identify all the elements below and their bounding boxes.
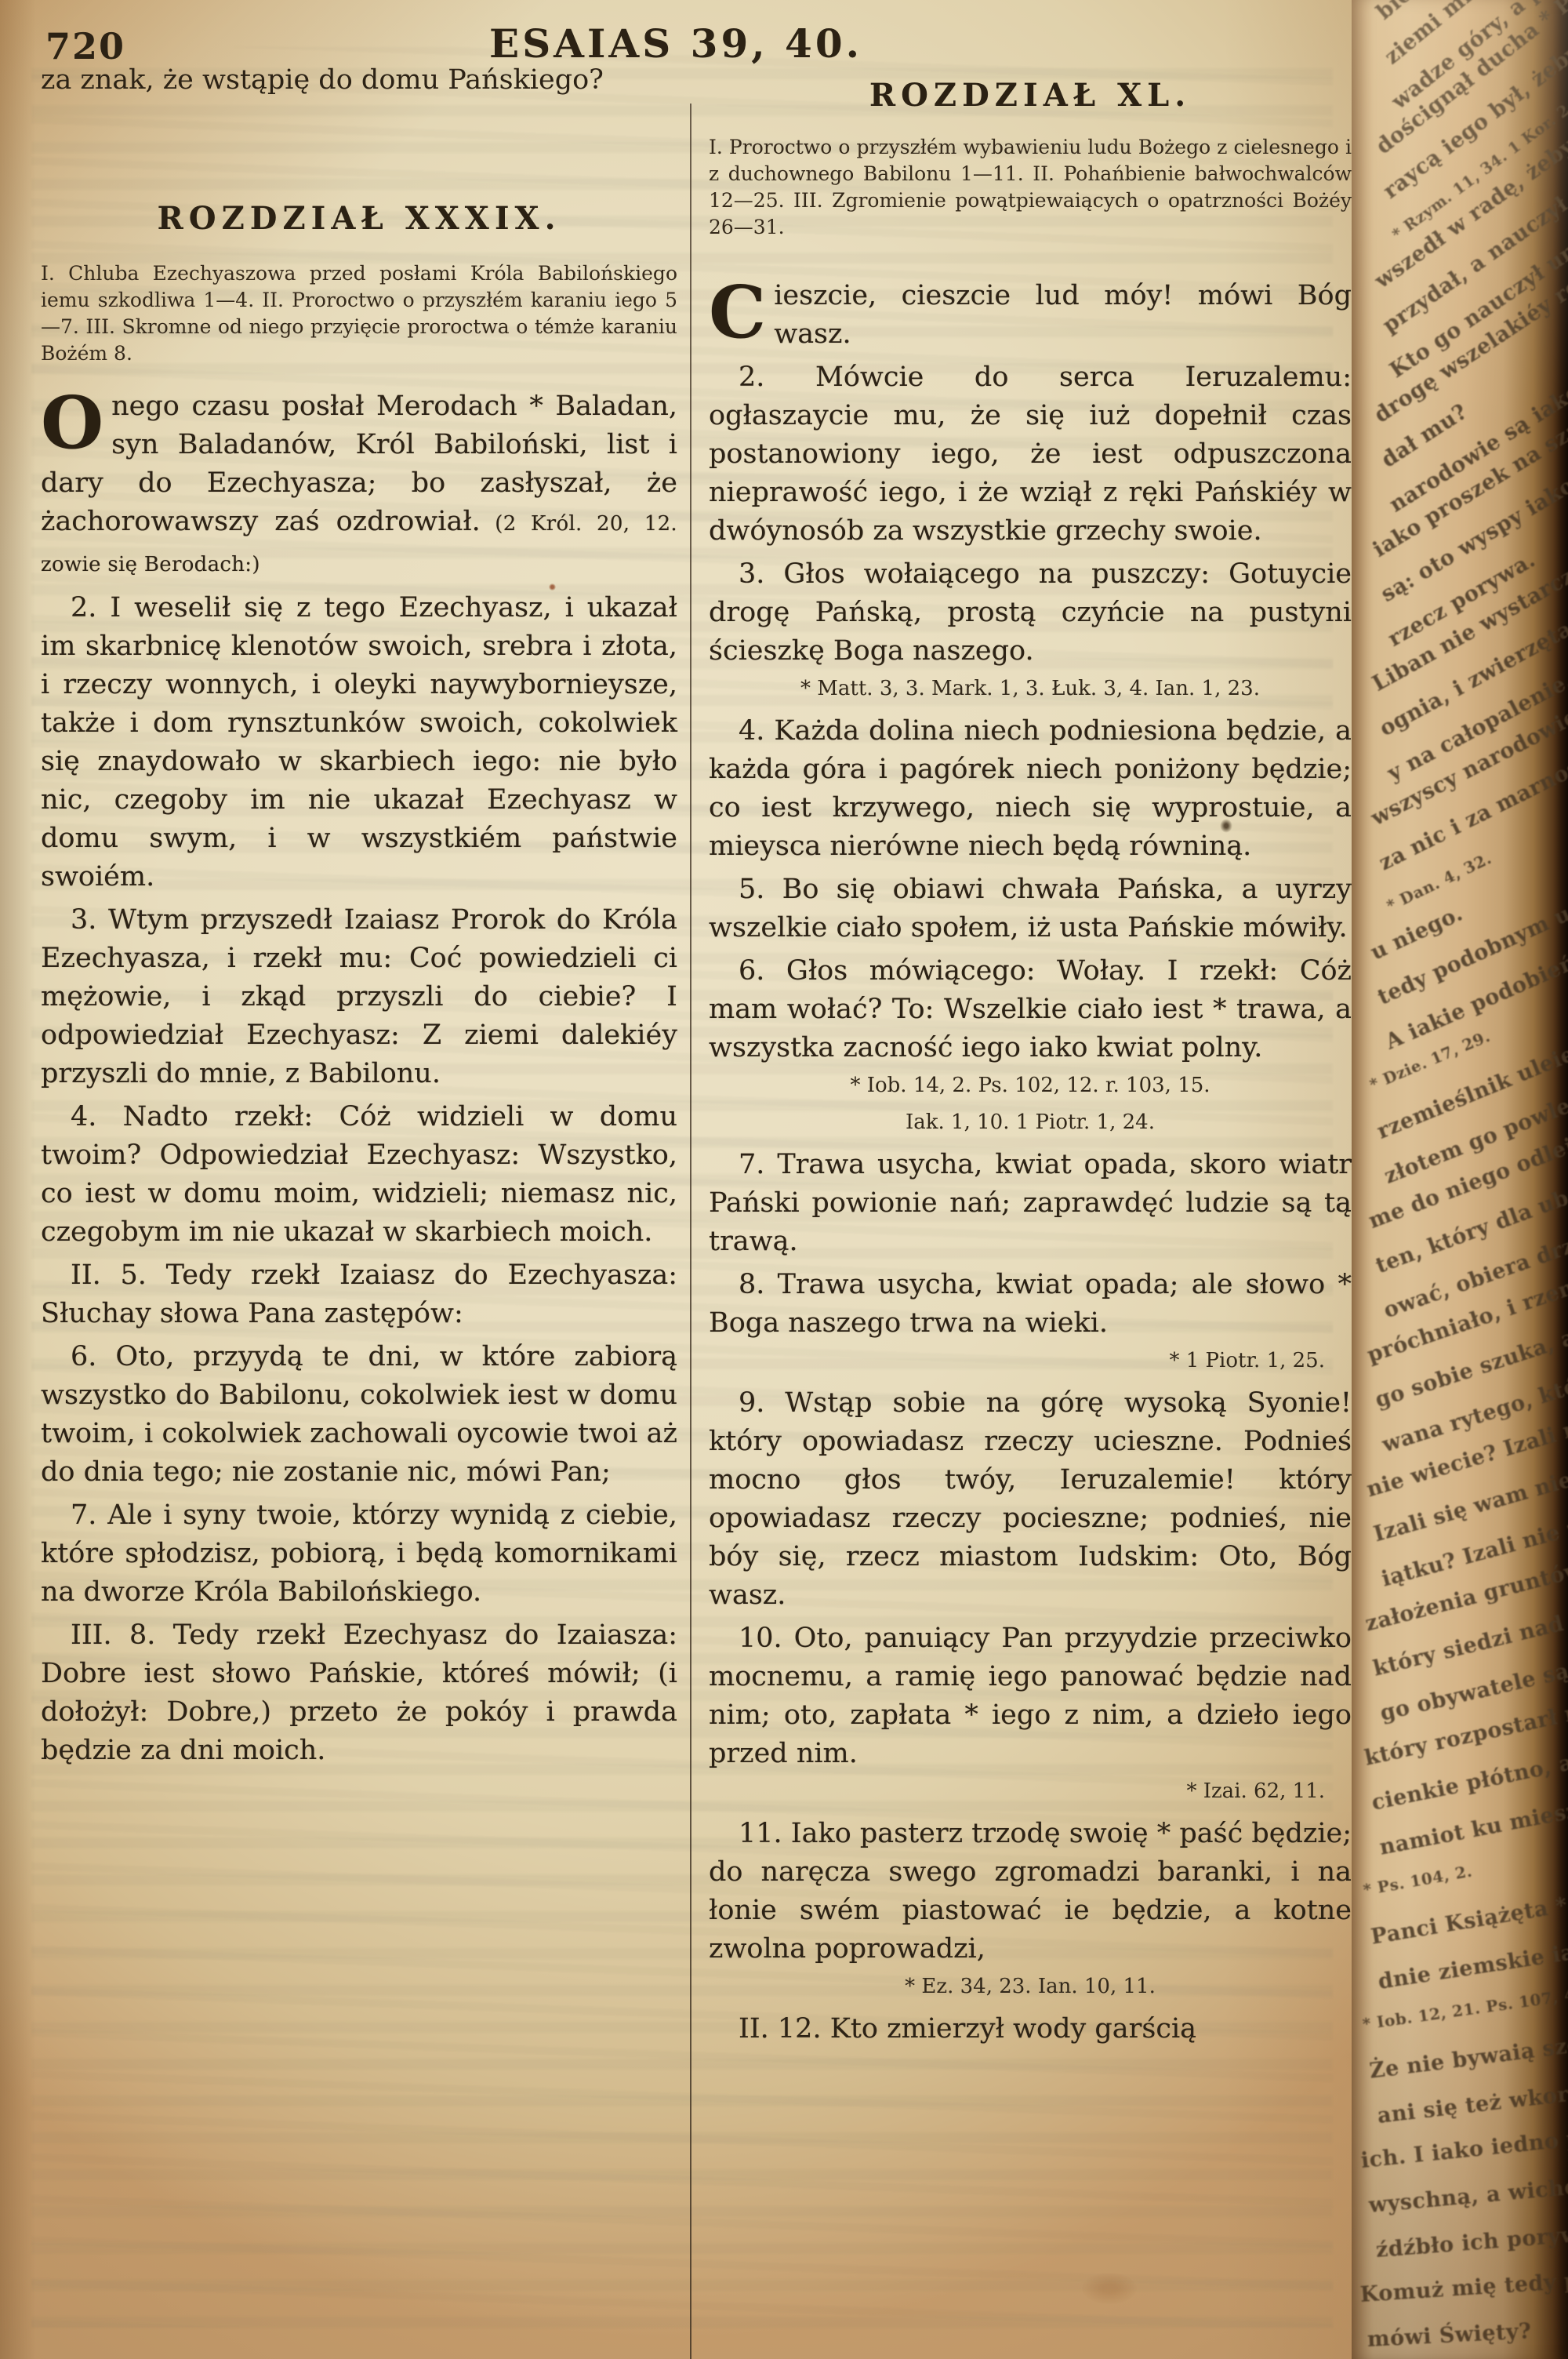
verse-paragraph: 8. Trawa usycha, kwiat opada; ale słowo … xyxy=(709,1266,1352,1343)
curl-fragment: są: oto wyspy iako nay- xyxy=(1377,442,1568,606)
curl-fragment: wadze góry, a pagórki xyxy=(1387,0,1568,114)
verse-paragraph: 7. Trawa usycha, kwiat opada, skoro wiat… xyxy=(709,1146,1352,1261)
verse-footnote: * Matt. 3, 3. Mark. 1, 3. Łuk. 3, 4. Ian… xyxy=(709,675,1352,703)
verse-paragraph: 11. Iako pasterz trzodę swoię * paść będ… xyxy=(709,1815,1352,1968)
curl-fragment: ować, obiera drzewo, któ- xyxy=(1380,1197,1568,1323)
curl-fragment: A iakie podobieństwo xyxy=(1381,928,1568,1055)
curl-fragment: ten, który dla ubóstwa nie xyxy=(1373,1146,1568,1278)
verse-paragraph: 4. Nadto rzekł: Cóż widzieli w domu twoi… xyxy=(41,1098,677,1252)
curl-fragment: założenia gruntów ziemi? xyxy=(1363,1536,1568,1636)
verse-footnote: * Ez. 34, 23. Ian. 10, 11. xyxy=(709,1973,1352,2001)
curl-fragment: dnie ziemskie iako nic rozprasza. xyxy=(1377,1909,1568,1994)
page-curl: biosa piędziąziemi miarą zmiewadze góry,… xyxy=(1352,0,1568,2359)
verse-footnote: * 1 Piotr. 1, 25. xyxy=(709,1347,1352,1375)
curl-fragment: ich. I iako iedno powienie na xyxy=(1359,2113,1568,2173)
curl-fragment: Panci Książęta * wniwecz obra- xyxy=(1369,1863,1568,1950)
curl-fragment: y na całopalenie. xyxy=(1383,668,1568,786)
curl-fragment: wszyscy narodowie są iako nic xyxy=(1367,641,1568,831)
right-verses: Cieszcie, cieszcie lud móy! mówi Bóg was… xyxy=(709,277,1352,2048)
curl-fragment: iako proszek na szalach xyxy=(1369,390,1568,562)
curl-fragment: Izali się wam nie opowia- xyxy=(1371,1440,1568,1547)
curl-fragment: rzemieślnik uleie bałwana, a xyxy=(1374,990,1568,1144)
curl-fragment: * Dan. 4, 32. xyxy=(1384,849,1494,915)
carryover-paragraph: za znak, że wstąpię do domu Pańskiego? xyxy=(41,61,677,100)
verse-footnote: * Izai. 62, 11. xyxy=(709,1778,1352,1805)
curl-fragment: raycą iego był, żeby xyxy=(1379,40,1568,204)
curl-fragment: wszedł w radę, żeby xyxy=(1370,134,1568,294)
curl-fragment: * Dzie. 17, 29. xyxy=(1367,1027,1493,1094)
curl-fragment: * Ps. 104, 2. xyxy=(1362,1861,1474,1899)
right-column: ROZDZIAŁ XL. I. Proroctwo o przyszłém wy… xyxy=(691,61,1352,2359)
curl-fragment: który rozpostarł niebio- xyxy=(1362,1685,1568,1771)
chapter-heading-xxxix: ROZDZIAŁ XXXIX. xyxy=(41,200,677,237)
curl-fragment: * Iob. 12, 21. Ps. 107, 40. xyxy=(1361,1983,1568,2034)
verse-paragraph: 7. Ale i syny twoie, którzy wynidą z cie… xyxy=(41,1496,677,1612)
curl-fragment: tedy podobnym uczy- xyxy=(1374,881,1568,1009)
drop-cap: C xyxy=(709,277,774,343)
curl-fragment: ziemi miarą zmie xyxy=(1380,0,1558,69)
verse-inline-note: (2 Król. 20, 12. zowie się Berodach:) xyxy=(41,512,677,576)
chapter-summary-xl: I. Proroctwo o przyszłém wybawieniu ludu… xyxy=(709,134,1352,241)
curl-fragment: próchniało, i rzemieślnika xyxy=(1364,1242,1568,1368)
curl-fragment: * Rzym. 11, 34. 1 Kor. 2, 16. xyxy=(1388,76,1568,243)
verse-paragraph: Cieszcie, cieszcie lud móy! mówi Bóg was… xyxy=(709,277,1352,354)
curl-fragment: ani się też wkorzeni w ziemi xyxy=(1376,2065,1568,2128)
curl-fragment: Kto go nauczył umie- xyxy=(1385,216,1568,383)
curl-fragment: go sobie szuka, aby wygo- xyxy=(1372,1292,1568,1412)
verse-paragraph: 5. Bo się obiawi chwała Pańska, a uyrzy … xyxy=(709,871,1352,947)
book-page-photo: 720 ESAIAS 39, 40. za znak, że wstąpię d… xyxy=(0,0,1568,2359)
verse-paragraph: Onego czasu posłał Merodach * Baladan, s… xyxy=(41,387,677,584)
verse-paragraph: II. 5. Tedy rzekł Izaiasz do Ezechyasza:… xyxy=(41,1256,677,1333)
curl-fragment: który siedzi nad okręgiem xyxy=(1370,1582,1568,1681)
verse-paragraph: 6. Głos mówiącego: Wołay. I rzekł: Cóż m… xyxy=(709,952,1352,1067)
chapter-heading-xl: ROZDZIAŁ XL. xyxy=(709,77,1352,114)
curl-fragment: nie wiecie? Izali nie sły- xyxy=(1363,1395,1568,1502)
curl-fragment: drogę wszelakiéy rostro- xyxy=(1370,242,1568,427)
page-surface: 720 ESAIAS 39, 40. za znak, że wstąpię d… xyxy=(0,0,1568,2359)
curl-fragment: doścignął ducha * Pań- xyxy=(1371,0,1568,159)
curl-fragment: dał mu? xyxy=(1377,399,1472,472)
curl-fragment: złotem go powlecze, i łańcu- xyxy=(1381,1039,1568,1189)
verse-footnote: Iak. 1, 10. 1 Piotr. 1, 24. xyxy=(709,1109,1352,1136)
curl-fragment: wana rytego, któryby się xyxy=(1379,1346,1568,1457)
curl-fragment: cienkie płótno, a rozciągnął xyxy=(1370,1723,1568,1815)
curl-fragment: mówi Święty? xyxy=(1367,2319,1532,2352)
verse-footnote: * Iob. 14, 2. Ps. 102, 12. r. 103, 15. xyxy=(709,1072,1352,1100)
verse-paragraph: 6. Oto, przyydą te dni, w które zabiorą … xyxy=(41,1338,677,1492)
curl-fragment: narodowie są iako kropla xyxy=(1385,333,1568,518)
curl-fragment: me do niego odleie. xyxy=(1365,1126,1568,1234)
curl-fragment: biosa piędzią xyxy=(1372,0,1510,24)
curl-fragment: ognia, i zwierzęta iego xyxy=(1376,588,1568,741)
verse-paragraph: 4. Każda dolina niech podniesiona będzie… xyxy=(709,712,1352,866)
curl-fragment: wyschną, a wicher iako xyxy=(1367,2168,1568,2218)
curl-fragment: Że nie bywaią szczepieni ani xyxy=(1368,2016,1568,2084)
curl-fragment: go obywatele są iako sza- xyxy=(1378,1633,1568,1726)
left-verses: Onego czasu posłał Merodach * Baladan, s… xyxy=(41,387,677,1770)
curl-fragment: iątku? Izali nie zrozumie- xyxy=(1378,1487,1568,1592)
verse-paragraph: 10. Oto, panuiący Pan przyydzie przeciwk… xyxy=(709,1619,1352,1773)
curl-fragment: u niego. xyxy=(1367,901,1466,965)
curl-fragment: przydał, a nauczył go xyxy=(1378,171,1568,339)
verse-paragraph: 3. Głos wołaiącego na puszczy: Gotuycie … xyxy=(709,555,1352,671)
verse-paragraph: III. 8. Tedy rzekł Ezechyasz do Izaiasza… xyxy=(41,1616,677,1770)
verse-paragraph: 2. I weselił się z tego Ezechyasz, i uka… xyxy=(41,589,677,896)
drop-cap: O xyxy=(41,387,111,453)
curl-fragment: Liban nie wystarczyłby ku xyxy=(1368,521,1568,696)
text-columns: za znak, że wstąpię do domu Pańskiego? R… xyxy=(41,61,1352,2359)
running-head: ESAIAS 39, 40. xyxy=(0,20,1352,67)
verse-paragraph: 2. Mówcie do serca Ieruzalemu: ogłaszayc… xyxy=(709,358,1352,551)
chapter-summary-xxxix: I. Chluba Ezechyaszowa przed posłami Kró… xyxy=(41,260,677,367)
curl-fragment: Komuż mię tedy przyrównacie xyxy=(1359,2259,1568,2307)
curl-fragment: za nic i za marność xyxy=(1375,749,1568,875)
curl-fragment: źdźbło ich porywa. xyxy=(1375,2221,1568,2263)
curl-fragment: namiot ku mieszkaniu; xyxy=(1377,1783,1568,1859)
curl-fragment: rzecz porywa. xyxy=(1384,547,1539,652)
column-divider xyxy=(690,104,691,2359)
verse-paragraph: 3. Wtym przyszedł Izaiasz Prorok do Król… xyxy=(41,901,677,1093)
verse-paragraph: 9. Wstąp sobie na górę wysoką Syonie! kt… xyxy=(709,1384,1352,1615)
verse-paragraph: II. 12. Kto zmierzył wody garścią xyxy=(709,2010,1352,2048)
left-column: za znak, że wstąpię do domu Pańskiego? R… xyxy=(41,61,690,2359)
